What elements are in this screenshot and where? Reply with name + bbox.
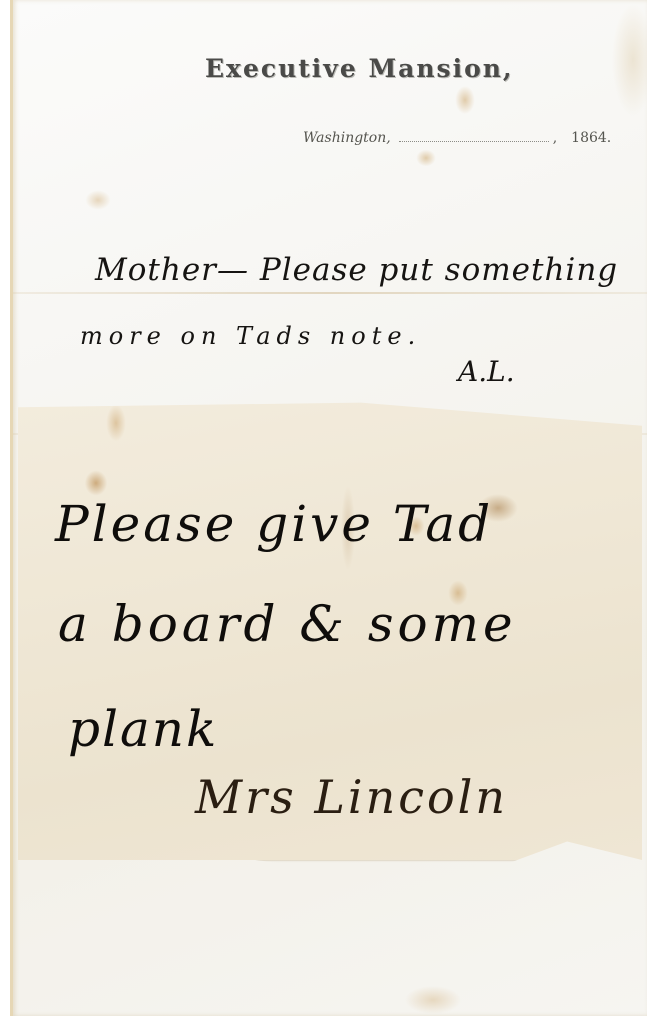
slip-line-3: plank: [68, 700, 218, 758]
lincoln-note-line-2: more on Tads note.: [80, 322, 421, 350]
letterhead-title: Executive Mansion,: [205, 54, 514, 83]
date-comma: ,: [553, 130, 557, 146]
paper-crease: [13, 292, 647, 294]
slip-line-2: a board & some: [58, 595, 517, 653]
lincoln-signature: A.L.: [458, 355, 515, 388]
place-label: Washington,: [303, 130, 391, 146]
letterhead-year: 1864.: [571, 130, 611, 146]
letterhead-place-date: Washington, , 1864.: [303, 124, 633, 146]
slip-line-1: Please give Tad: [55, 495, 493, 553]
slip-signature: Mrs Lincoln: [195, 770, 508, 824]
lincoln-note-line-1: Mother— Please put something: [95, 252, 618, 288]
date-blank-line: [399, 141, 549, 142]
